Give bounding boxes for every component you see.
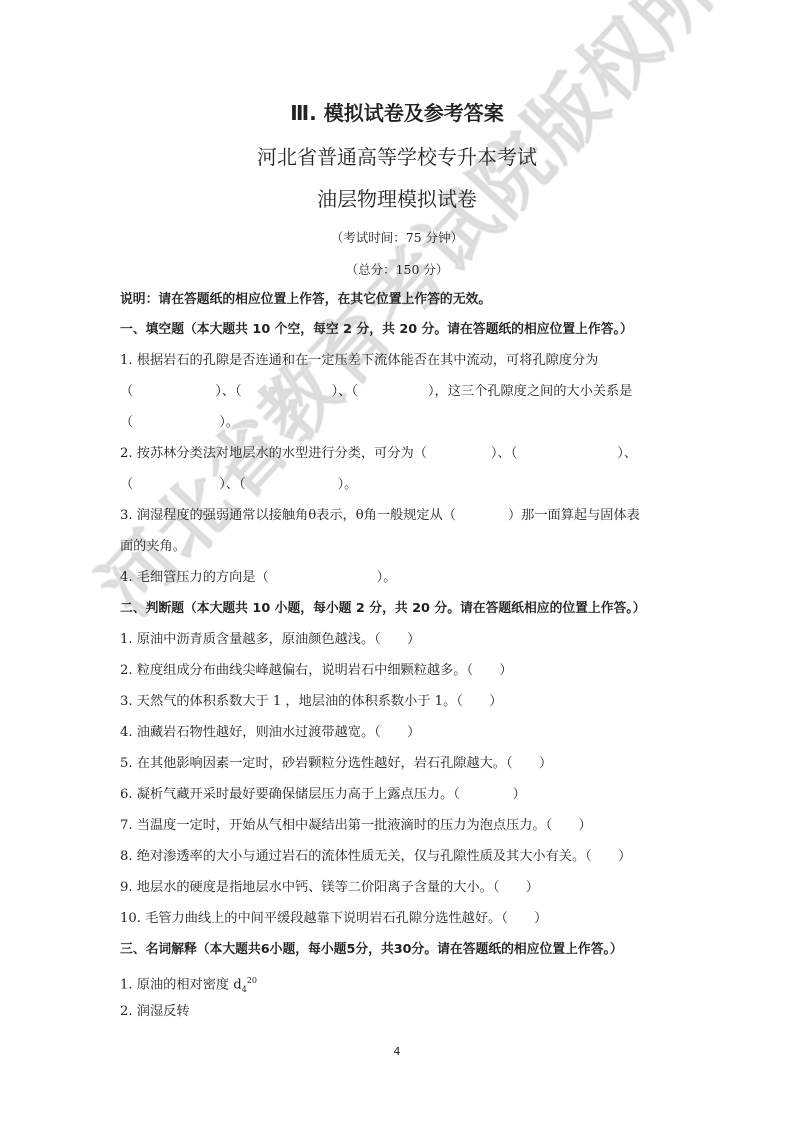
blank-separator: ）、（	[215, 384, 241, 399]
judge-item-9: 9. 地层水的硬度是指地层水中钙、镁等二价阳离子含量的大小。（ ）	[120, 879, 539, 897]
text-segment: ）那一面算起与固体表	[508, 508, 640, 523]
fill-q2-line2: （）、（）。	[120, 476, 357, 494]
fill-q1-line2: （）、（）、（），这三个孔隙度之间的大小关系是	[120, 383, 632, 401]
judge-item-3: 3. 天然气的体积系数大于 1 ，地层油的体积系数小于 1。（ ）	[120, 693, 502, 711]
total-score: （总分：150 分）	[0, 261, 794, 279]
blank-separator: ）、（	[332, 384, 358, 399]
fill-q2-line1: 2. 按苏林分类法对地层水的水型进行分类，可分为（）、（）、	[120, 445, 637, 463]
text-segment: 3. 润湿程度的强弱通常以接触角θ表示，θ角一般规定从（	[120, 508, 456, 523]
fill-q1-line3: （）。	[120, 414, 239, 432]
blank-separator: ）、	[617, 446, 637, 461]
exam-time: （考试时间：75 分钟）	[0, 229, 794, 247]
superscript: 20	[247, 976, 257, 985]
blank-open: （	[120, 415, 133, 430]
blank-close: ）。	[377, 570, 397, 585]
paper-title: 油层物理模拟试卷	[0, 190, 794, 208]
text-segment: 4. 毛细管压力的方向是（	[120, 570, 269, 585]
judge-item-1: 1. 原油中沥青质含量越多，原油颜色越浅。（ ）	[120, 631, 420, 649]
blank-separator: ）、（	[491, 446, 517, 461]
judge-item-8: 8. 绝对渗透率的大小与通过岩石的流体性质无关，仅与孔隙性质及其大小有关。（ ）	[120, 848, 631, 866]
blank-open: （	[120, 477, 133, 492]
blank-separator: ）、（	[219, 477, 245, 492]
blank-open: （	[120, 384, 133, 399]
section-title: Ⅲ. 模拟试卷及参考答案	[0, 104, 794, 122]
fill-q4: 4. 毛细管压力的方向是（）。	[120, 569, 396, 587]
fill-q3-line2: 面的夹角。	[120, 538, 186, 556]
judge-item-7: 7. 当温度一定时，开始从气相中凝结出第一批液滴时的压力为泡点压力。（ ）	[120, 817, 592, 835]
text-segment: 2. 按苏林分类法对地层水的水型进行分类，可分为（	[120, 446, 427, 461]
judge-item-10: 10. 毛管力曲线上的中间平缓段越靠下说明岩石孔隙分选性越好。（ ）	[120, 910, 547, 928]
blank-close: ）。	[338, 477, 358, 492]
fill-q3-line1: 3. 润湿程度的强弱通常以接触角θ表示，θ角一般规定从（）那一面算起与固体表	[120, 507, 640, 525]
text-segment: ），这三个孔隙度之间的大小关系是	[428, 384, 632, 399]
blank-close: ）。	[219, 415, 239, 430]
section3-heading: 三、名词解释（本大题共6小题，每小题5分，共30分。请在答题纸的相应位置上作答。…	[120, 941, 623, 959]
fill-q1-line1: 1. 根据岩石的孔隙是否连通和在一定压差下流体能否在其中流动，可将孔隙度分为	[120, 352, 598, 370]
judge-item-6: 6. 凝析气藏开采时最好要确保储层压力高于上露点压力。（ ）	[120, 786, 526, 804]
section2-heading: 二、判断题（本大题共 10 小题，每小题 2 分，共 20 分。请在答题纸相应的…	[120, 600, 646, 618]
term-q2: 2. 润湿反转	[120, 1003, 190, 1021]
exam-page: 河北省教育考试院版权所有 Ⅲ. 模拟试卷及参考答案 河北省普通高等学校专升本考试…	[0, 0, 794, 1123]
instructions: 说明：请在答题纸的相应位置上作答，在其它位置上作答的无效。	[120, 291, 491, 309]
judge-item-2: 2. 粒度组成分布曲线尖峰越偏右，说明岩石中细颗粒越多。（ ）	[120, 662, 513, 680]
page-number: 4	[0, 1043, 794, 1061]
exam-title: 河北省普通高等学校专升本考试	[0, 148, 794, 166]
term-q1: 1. 原油的相对密度 d420	[120, 972, 257, 999]
subscript: 4	[242, 985, 247, 994]
section1-heading: 一、填空题（本大题共 10 个空，每空 2 分，共 20 分。请在答题纸的相应位…	[120, 321, 633, 339]
term-text: 1. 原油的相对密度 d	[120, 977, 242, 992]
judge-item-4: 4. 油藏岩石物性越好，则油水过渡带越宽。（ ）	[120, 724, 420, 742]
judge-item-5: 5. 在其他影响因素一定时，砂岩颗粒分选性越好，岩石孔隙越大。（ ）	[120, 755, 552, 773]
